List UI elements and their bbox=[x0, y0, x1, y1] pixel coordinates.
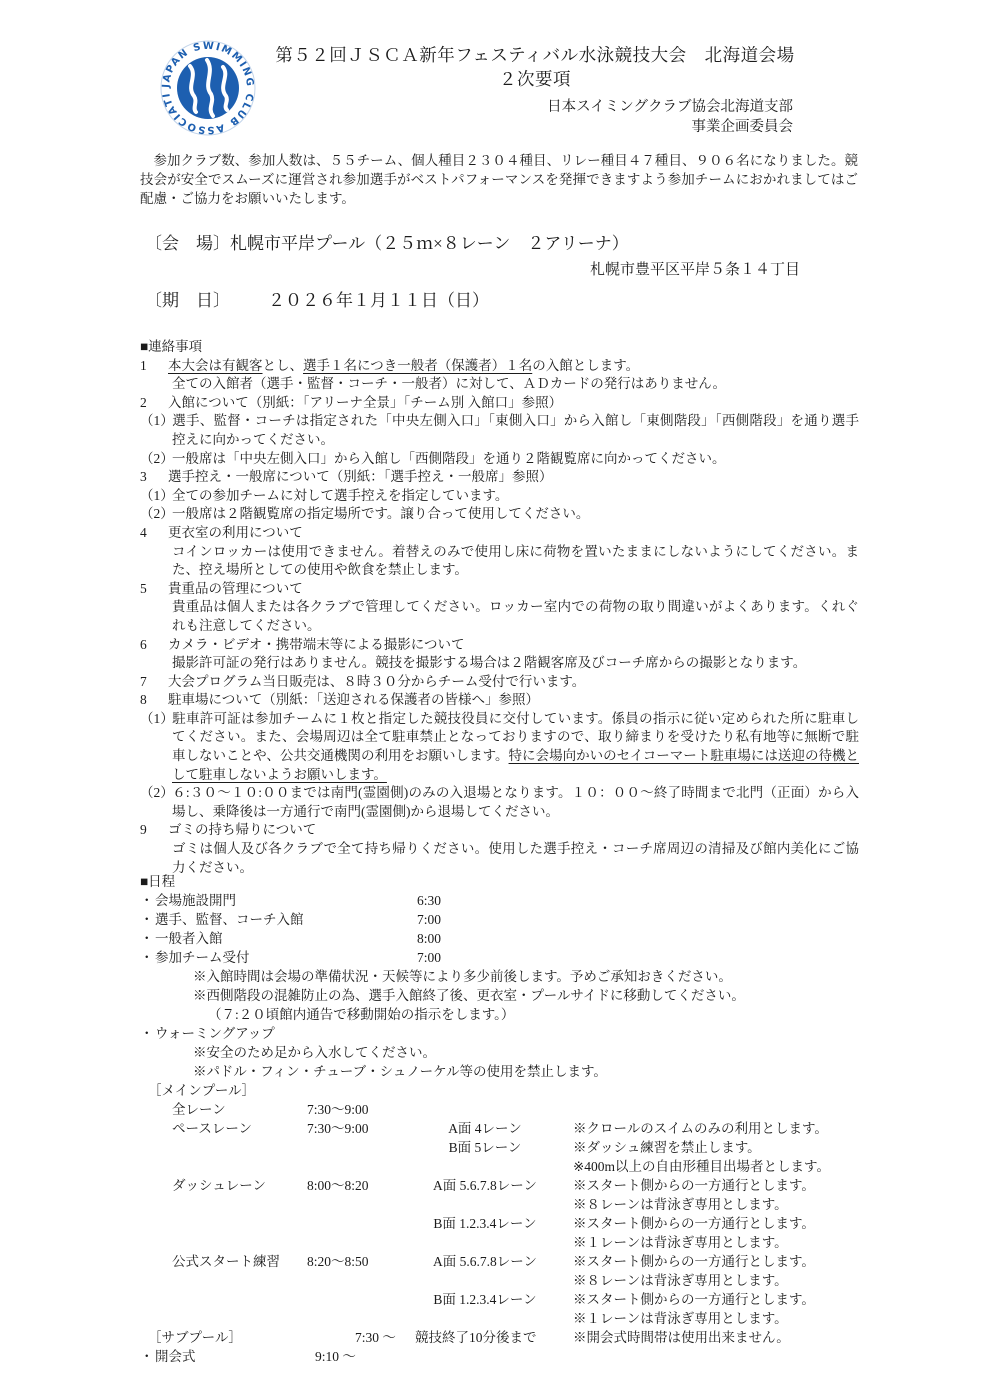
notice-item-9: 9ゴミの持ち帰りについて bbox=[140, 821, 859, 840]
text: 大会プログラム当日販売は、８時３０分からチーム受付で行います。 bbox=[168, 674, 585, 689]
lane-detail: B面 5レーン bbox=[410, 1138, 560, 1157]
schedule-time: 7:00 bbox=[417, 910, 441, 929]
pool-row: ※１レーンは背泳ぎ専用とします。 bbox=[140, 1309, 980, 1328]
document-page: JAPAN SWIMMING CLUB ASSOCIATION 第５２回ＪＳＣＡ… bbox=[0, 0, 990, 1400]
date-line: 〔期 日〕 ２０２６年１月１１日（日） bbox=[0, 286, 990, 310]
schedule-time: 9:10 ～ bbox=[315, 1347, 356, 1366]
notices-heading: ■連絡事項 bbox=[140, 338, 859, 357]
underlined-text: 本大会は有観客 bbox=[168, 358, 263, 373]
pool-row: B面 5レーン※ダッシュ練習を禁止します。 bbox=[140, 1138, 980, 1157]
schedule-note-row: ※西側階段の混雑防止の為、選手入館終了後、更衣室・プールサイドに移動してください… bbox=[140, 986, 980, 1005]
issuer-committee: 事業企画委員会 bbox=[140, 117, 793, 137]
pool-row: ダッシュレーン8:00～8:20A面 5.6.7.8レーン※スタート側からの一方… bbox=[140, 1176, 980, 1195]
text: 更衣室の利用について bbox=[168, 525, 303, 540]
text: の入館とします。 bbox=[532, 358, 639, 373]
notice-item-2: 2入館について（別紙：「アリーナ全景」「チーム別 入館口」参照） bbox=[140, 394, 859, 413]
item-marker: （2） bbox=[140, 784, 172, 803]
main-pool-heading: ［メインプール］ bbox=[148, 1081, 255, 1100]
lane-detail: B面 1.2.3.4レーン bbox=[410, 1290, 560, 1309]
schedule-label: 選手、監督、コーチ入館 bbox=[155, 910, 304, 929]
venue-value: 札幌市平岸プール（２５ｍ×８レーン ２アリーナ） bbox=[230, 229, 629, 254]
sub-pool-until: 競技終了10分後まで bbox=[415, 1328, 537, 1347]
schedule-label: 参加チーム受付 bbox=[155, 948, 250, 967]
lane-detail: B面 1.2.3.4レーン bbox=[410, 1214, 560, 1233]
bullet: ・ bbox=[140, 948, 154, 967]
opening-ceremony-row: ・開会式9:10 ～ bbox=[140, 1347, 980, 1366]
item-number: 7 bbox=[140, 673, 168, 692]
schedule-heading: ■日程 bbox=[140, 872, 175, 891]
notice-item-8-p1: （1）駐車許可証は参加チームに１枚と指定した競技役員に交付しています。係員の指示… bbox=[140, 710, 859, 784]
intro-paragraph: 参加クラブ数、参加人数は、５５チーム、個人種目２３０４種目、リレー種目４７種目、… bbox=[140, 151, 858, 208]
notice-item-6: 6カメラ・ビデオ・携帯端末等による撮影について bbox=[140, 636, 859, 655]
bullet: ・ bbox=[140, 891, 154, 910]
lane-label: 全レーン bbox=[172, 1100, 226, 1119]
schedule-note-row: ※パドル・フィン・チューブ・シュノーケル等の使用を禁止します。 bbox=[140, 1062, 980, 1081]
issuer-block: 日本スイミングクラブ協会北海道支部 事業企画委員会 bbox=[140, 97, 793, 137]
text: 選手、監督・コーチは指定された「中央左側入口」「東側入口」から入館し「東側階段」… bbox=[172, 413, 859, 447]
underlined-text: 選手１名につき一般者（保護者）１名 bbox=[303, 358, 532, 373]
text: 入館について（別紙：「アリーナ全景」「チーム別 入館口」参照） bbox=[168, 395, 562, 410]
item-marker: （2） bbox=[140, 505, 172, 524]
lane-note: ※クロールのスイムのみの利用とします。 bbox=[573, 1119, 828, 1138]
item-marker: （1） bbox=[140, 710, 172, 729]
item-marker: （2） bbox=[140, 450, 172, 469]
text: 貴重品の管理について bbox=[168, 581, 303, 596]
note-text: ※パドル・フィン・チューブ・シュノーケル等の使用を禁止します。 bbox=[193, 1062, 607, 1081]
lane-time: 7:30～9:00 bbox=[307, 1119, 369, 1138]
schedule-time: 6:30 bbox=[417, 891, 441, 910]
lane-label: ペースレーン bbox=[172, 1119, 252, 1138]
schedule-section: ■日程 ・会場施設開門6:30 ・選手、監督、コーチ入館7:00 ・一般者入館8… bbox=[140, 872, 980, 1366]
item-number: 2 bbox=[140, 394, 168, 413]
pool-row: ペースレーン7:30～9:00A面 4レーン※クロールのスイムのみの利用とします… bbox=[140, 1119, 980, 1138]
venue-line: 〔会 場〕 札幌市平岸プール（２５ｍ×８レーン ２アリーナ） bbox=[0, 229, 990, 253]
schedule-row: ・選手、監督、コーチ入館7:00 bbox=[140, 910, 980, 929]
doc-title: 第５２回ＪＳＣＡ新年フェスティバル水泳競技大会 北海道会場 bbox=[180, 42, 890, 67]
schedule-row: ・一般者入館8:00 bbox=[140, 929, 980, 948]
lane-time: 7:30～9:00 bbox=[307, 1100, 369, 1119]
pool-row: ※400m以上の自由形種目出場者とします。 bbox=[140, 1157, 980, 1176]
pool-row: 公式スタート練習8:20～8:50A面 5.6.7.8レーン※スタート側からの一… bbox=[140, 1252, 980, 1271]
notice-item-3-p1: （1）全ての参加チームに対して選手控えを指定しています。 bbox=[140, 487, 859, 506]
bullet: ・ bbox=[140, 929, 154, 948]
pool-row: 全レーン7:30～9:00 bbox=[140, 1100, 980, 1119]
bullet: ・ bbox=[140, 910, 154, 929]
notice-item-5-sub: 貴重品は個人または各クラブで管理してください。ロッカー室内での荷物の取り間違いが… bbox=[172, 598, 859, 635]
note-text: ※入館時間は会場の準備状況・天候等により多少前後します。予めご承知おきください。 bbox=[193, 967, 732, 986]
lane-time: 8:20～8:50 bbox=[307, 1252, 369, 1271]
doc-subtitle: ２次要項 bbox=[180, 66, 890, 91]
warmup-row: ・ウォーミングアップ bbox=[140, 1024, 980, 1043]
sub-pool-note: ※開会式時間帯は使用出来ません。 bbox=[573, 1328, 790, 1347]
item-number: 5 bbox=[140, 580, 168, 599]
notices-section: ■連絡事項 1本大会は有観客とし、選手１名につき一般者（保護者）１名の入館としま… bbox=[140, 338, 859, 877]
lane-note: ※ダッシュ練習を禁止します。 bbox=[573, 1138, 761, 1157]
schedule-note-row: ※入館時間は会場の準備状況・天候等により多少前後します。予めご承知おきください。 bbox=[140, 967, 980, 986]
item-number: 8 bbox=[140, 691, 168, 710]
pool-row: ※８レーンは背泳ぎ専用とします。 bbox=[140, 1271, 980, 1290]
item-marker: （1） bbox=[140, 412, 172, 431]
notice-item-4-sub: コインロッカーは使用できません。着替えのみで使用し床に荷物を置いたままにしないよ… bbox=[172, 543, 859, 580]
lane-note: ※１レーンは背泳ぎ専用とします。 bbox=[573, 1309, 788, 1328]
notice-item-2-p2: （2）一般席は「中央左側入口」から入館し「西側階段」を通り２階観覧席に向かってく… bbox=[140, 450, 859, 469]
text: とし、 bbox=[263, 358, 304, 373]
issuer-org: 日本スイミングクラブ協会北海道支部 bbox=[140, 97, 793, 117]
schedule-row: ・参加チーム受付7:00 bbox=[140, 948, 980, 967]
item-number: 9 bbox=[140, 821, 168, 840]
bullet: ・ bbox=[140, 1347, 154, 1366]
pool-row: B面 1.2.3.4レーン※スタート側からの一方通行とします。 bbox=[140, 1290, 980, 1309]
pool-row: ※１レーンは背泳ぎ専用とします。 bbox=[140, 1233, 980, 1252]
lane-note: ※スタート側からの一方通行とします。 bbox=[573, 1214, 815, 1233]
text: 一般席は２階観覧席の指定場所です。譲り合って使用してください。 bbox=[172, 506, 589, 521]
lane-note: ※１レーンは背泳ぎ専用とします。 bbox=[573, 1233, 788, 1252]
lane-detail: A面 4レーン bbox=[410, 1119, 560, 1138]
notice-item-1: 1本大会は有観客とし、選手１名につき一般者（保護者）１名の入館とします。 bbox=[140, 357, 859, 376]
notice-item-8: 8駐車場について（別紙：「送迎される保護者の皆様へ」参照） bbox=[140, 691, 859, 710]
notice-item-7: 7大会プログラム当日販売は、８時３０分からチーム受付で行います。 bbox=[140, 673, 859, 692]
item-marker: （1） bbox=[140, 487, 172, 506]
lane-detail: A面 5.6.7.8レーン bbox=[410, 1176, 560, 1195]
pool-row: ※８レーンは背泳ぎ専用とします。 bbox=[140, 1195, 980, 1214]
text: カメラ・ビデオ・携帯端末等による撮影について bbox=[168, 637, 464, 652]
text: ６:３０～１０:００までは南門(霊園側)のみの入退場となります。１０：００～終了… bbox=[172, 785, 859, 819]
lane-note: ※400m以上の自由形種目出場者とします。 bbox=[573, 1157, 830, 1176]
sub-pool-row: ［サブプール］7:30 ～競技終了10分後まで※開会式時間帯は使用出来ません。 bbox=[140, 1328, 980, 1347]
sub-pool-time: 7:30 ～ bbox=[355, 1328, 396, 1347]
text: ゴミの持ち帰りについて bbox=[168, 822, 316, 837]
note-text: ※西側階段の混雑防止の為、選手入館終了後、更衣室・プールサイドに移動してください… bbox=[193, 986, 745, 1005]
schedule-row: ・会場施設開門6:30 bbox=[140, 891, 980, 910]
schedule-label: ウォーミングアップ bbox=[155, 1024, 275, 1043]
text: 全ての参加チームに対して選手控えを指定しています。 bbox=[172, 488, 508, 503]
pool-row: B面 1.2.3.4レーン※スタート側からの一方通行とします。 bbox=[140, 1214, 980, 1233]
notice-item-5: 5貴重品の管理について bbox=[140, 580, 859, 599]
lane-note: ※スタート側からの一方通行とします。 bbox=[573, 1176, 815, 1195]
lane-time: 8:00～8:20 bbox=[307, 1176, 369, 1195]
note-text: （７:２０頃館内通告で移動開始の指示をします。） bbox=[208, 1005, 514, 1024]
notice-item-2-p1: （1）選手、監督・コーチは指定された「中央左側入口」「東側入口」から入館し「東側… bbox=[140, 412, 859, 449]
item-number: 3 bbox=[140, 468, 168, 487]
notice-item-3: 3選手控え・一般席について（別紙：「選手控え・一般席」参照） bbox=[140, 468, 859, 487]
schedule-time: 8:00 bbox=[417, 929, 441, 948]
item-number: 4 bbox=[140, 524, 168, 543]
item-number: 6 bbox=[140, 636, 168, 655]
schedule-note-row: ※安全のため足から入水してください。 bbox=[140, 1043, 980, 1062]
notice-item-6-sub: 撮影許可証の発行はありません。競技を撮影する場合は２階観客席及びコーチ席からの撮… bbox=[172, 654, 859, 673]
lane-label: ダッシュレーン bbox=[172, 1176, 266, 1195]
notice-item-1-sub: 全ての入館者（選手・監督・コーチ・一般者）に対して、ＡＤカードの発行はありません… bbox=[172, 375, 859, 394]
sub-pool-label: ［サブプール］ bbox=[148, 1328, 242, 1347]
note-text: ※安全のため足から入水してください。 bbox=[193, 1043, 436, 1062]
bullet: ・ bbox=[140, 1024, 154, 1043]
text: 一般席は「中央左側入口」から入館し「西側階段」を通り２階観覧席に向かってください… bbox=[172, 451, 726, 466]
main-pool-heading-row: ［メインプール］ bbox=[140, 1081, 980, 1100]
schedule-time: 7:00 bbox=[417, 948, 441, 967]
schedule-heading-row: ■日程 bbox=[140, 872, 980, 891]
lane-note: ※スタート側からの一方通行とします。 bbox=[573, 1252, 815, 1271]
notice-item-8-p2: （2）６:３０～１０:００までは南門(霊園側)のみの入退場となります。１０：００… bbox=[140, 784, 859, 821]
text: 駐車場について（別紙：「送迎される保護者の皆様へ」参照） bbox=[168, 692, 539, 707]
lane-note: ※スタート側からの一方通行とします。 bbox=[573, 1290, 815, 1309]
notice-item-3-p2: （2）一般席は２階観覧席の指定場所です。譲り合って使用してください。 bbox=[140, 505, 859, 524]
item-number: 1 bbox=[140, 357, 168, 376]
schedule-label: 開会式 bbox=[155, 1347, 196, 1366]
notice-item-4: 4更衣室の利用について bbox=[140, 524, 859, 543]
lane-note: ※８レーンは背泳ぎ専用とします。 bbox=[573, 1271, 788, 1290]
lane-label: 公式スタート練習 bbox=[172, 1252, 280, 1271]
lane-detail: A面 5.6.7.8レーン bbox=[410, 1252, 560, 1271]
date-value: ２０２６年１月１１日（日） bbox=[268, 286, 489, 311]
date-label: 〔期 日〕 bbox=[145, 286, 230, 311]
text: 選手控え・一般席について（別紙：「選手控え・一般席」参照） bbox=[168, 469, 552, 484]
schedule-note-row: （７:２０頃館内通告で移動開始の指示をします。） bbox=[140, 1005, 980, 1024]
schedule-label: 一般者入館 bbox=[155, 929, 223, 948]
venue-address: 札幌市豊平区平岸５条１４丁目 bbox=[140, 258, 800, 279]
schedule-label: 会場施設開門 bbox=[155, 891, 236, 910]
lane-note: ※８レーンは背泳ぎ専用とします。 bbox=[573, 1195, 788, 1214]
venue-label: 〔会 場〕 bbox=[145, 229, 230, 254]
